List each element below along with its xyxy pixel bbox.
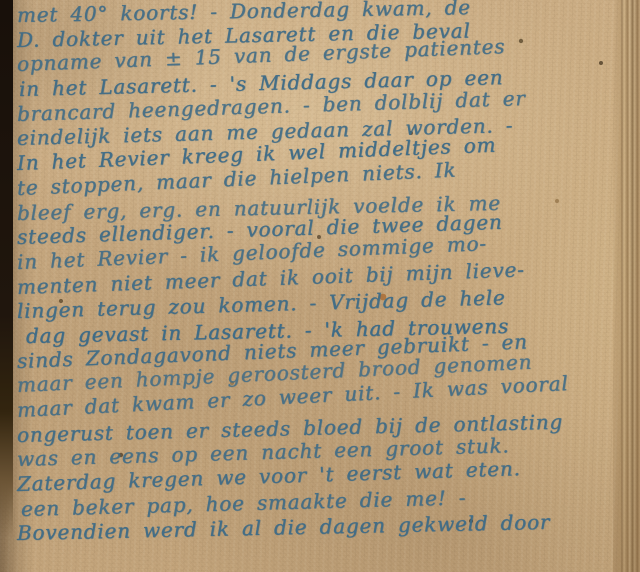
stacked-page-edges-right bbox=[613, 0, 640, 572]
handwriting-block: met 40° koorts! - Donderdag kwam, de D. … bbox=[17, 3, 610, 546]
diary-page-scan: met 40° koorts! - Donderdag kwam, de D. … bbox=[0, 0, 640, 572]
paper-specks-and-stains bbox=[0, 0, 2, 2]
book-binding-edge bbox=[0, 0, 13, 572]
